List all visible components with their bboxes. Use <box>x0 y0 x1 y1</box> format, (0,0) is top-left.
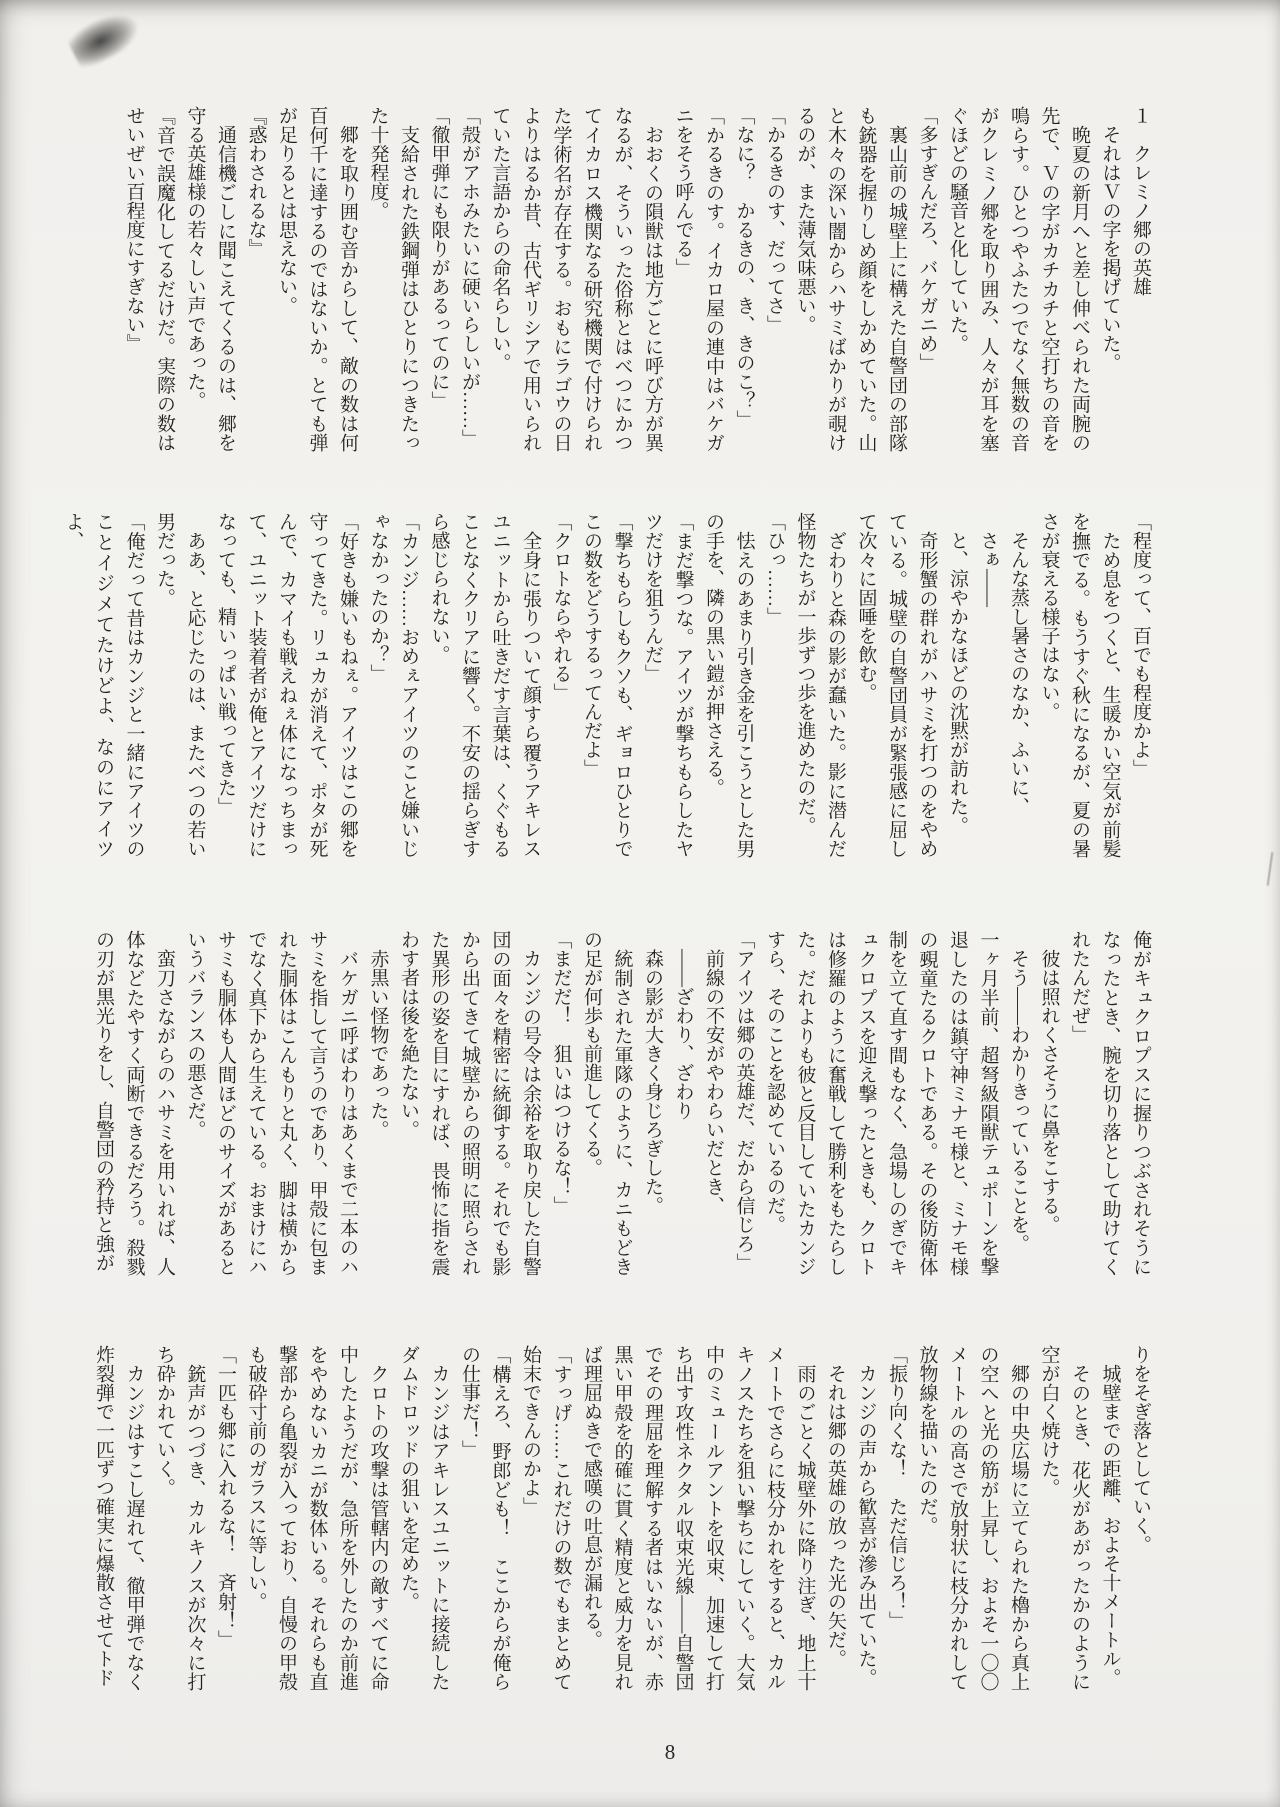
paragraph: ああ、と応じたのは、またべつの若い男だった。 <box>149 512 210 858</box>
paragraph: ――ざわり、ざわり <box>667 930 698 1276</box>
paragraph: 「振り向くな！ ただ信じろ！」 <box>881 1345 912 1691</box>
paragraph: そう――わかりきっていることを。 <box>1003 930 1034 1276</box>
paragraph: カンジはすこし遅れて、徹甲弾でなく炸裂弾で一匹ずつ確実に爆散させてトド <box>88 1345 149 1691</box>
text-band-3: 俺がキュクロプスに握りつぶされそうになったとき、腕を切り落として助けてくれたんだ… <box>87 930 1155 1276</box>
paragraph: 郷を取り囲む音からして、敵の数は何百何千に達するのではないか。とても弾が足りると… <box>271 106 363 452</box>
paragraph: 蛮刀さながらのハサミを用いれば、人体などたやすく両断できるだろう。殺戮の刃が黒光… <box>88 930 180 1276</box>
paragraph: 「かるきのす、だってさ」 <box>759 106 790 452</box>
paragraph: 「ひっ……」 <box>759 512 790 858</box>
paragraph: カンジの号令は余裕を取り戻した自警団の面々を精密に統御する。それでも影から出てき… <box>393 930 546 1276</box>
paragraph: ざわりと森の影が蠢いた。影に潜んだ怪物たちが一歩ずつ歩を進めたのだ。 <box>789 512 850 858</box>
paragraph: 「撃ちもらしもクソも、ギョロひとりでこの数をどうするってんだよ」 <box>576 512 637 858</box>
paragraph: そんな蒸し暑さのなか、ふいに、 <box>1003 512 1034 858</box>
paragraph: 前線の不安がやわらいだとき、 <box>698 930 729 1276</box>
scan-smudge <box>65 4 146 71</box>
paragraph: 一ヶ月半前、超弩級隕獣テュポーンを撃退したのは鎮守神ミナモ様と、ミナモ様の覡童た… <box>759 930 1003 1276</box>
paragraph: 「一匹も郷に入れるな！ 斉射！」 <box>210 1345 241 1691</box>
paragraph: 雨のごとく城壁外に降り注ぎ、地上十メートでさらに枝分かれをすると、カルキノスたち… <box>576 1345 820 1691</box>
scanned-page: １ クレミノ郷の英雄それはＶの字を掲げていた。晩夏の新月へと差し伸べられた両腕の… <box>0 0 1280 1807</box>
chapter-heading: １ クレミノ郷の英雄 <box>1125 106 1156 452</box>
paragraph: 「カンジ……おめぇアイツのこと嫌いじゃなかったのか？」 <box>362 512 423 858</box>
paragraph: 「アイツは郷の英雄だ、だから信じろ」 <box>728 930 759 1276</box>
paragraph: 「好きも嫌いもねぇ。アイツはこの郷を守ってきた。リュカが消えて、ポタが死んで、カ… <box>210 512 363 858</box>
text-band-4: りをそぎ落としていく。城壁までの距離、およそ十メートル。そのとき、花火があがった… <box>87 1345 1155 1691</box>
paragraph: 赤黒い怪物であった。 <box>362 930 393 1276</box>
paragraph: 奇形蟹の群れがハサミを打つのをやめている。城壁の自警団員が緊張感に屈して次々に固… <box>850 512 942 858</box>
paragraph: 「クロトならやれる」 <box>545 512 576 858</box>
paragraph: 「多すぎんだろ、バケガニめ」 <box>911 106 942 452</box>
paragraph: 『惑わされるな』 <box>240 106 271 452</box>
paragraph: おおくの隕獣は地方ごとに呼び方が異なるが、そういった俗称とはべつにかつてイカロス… <box>484 106 667 452</box>
paragraph: 「かるきのす。イカロ屋の連中はバケガニをそう呼んでる」 <box>667 106 728 452</box>
paragraph: 銃声がつづき、カルキノスが次々に打ち砕かれていく。 <box>149 1345 210 1691</box>
paragraph: カンジの声から歓喜が滲み出ていた。 <box>850 1345 881 1691</box>
paragraph: 「まだだ！ 狙いはつけるな！」 <box>545 930 576 1276</box>
paragraph: 「すっげ……これだけの数でもまとめて始末できんのかよ」 <box>515 1345 576 1691</box>
paragraph: カンジはアキレスユニットに接続したダムドロッドの狙いを定めた。 <box>393 1345 454 1691</box>
paragraph: 俺がキュクロプスに握りつぶされそうになったとき、腕を切り落として助けてくれたんだ… <box>1064 930 1156 1276</box>
paragraph: バケガニ呼ばわりはあくまで二本のハサミを指して言うのであり、甲殻に包まれた胴体は… <box>179 930 362 1276</box>
page-number: 8 <box>640 1740 700 1765</box>
paragraph: 郷の中央広場に立てられた櫓から真上の空へと光の筋が上昇し、およそ一〇〇メートルの… <box>911 1345 1033 1691</box>
paragraph: と、涼やかなほどの沈黙が訪れた。 <box>942 512 973 858</box>
paragraph: 森の影が大きく身じろぎした。 <box>637 930 668 1276</box>
paragraph: 怯えのあまり引き金を引こうとした男の手を、隣の黒い鎧が押さえる。 <box>698 512 759 858</box>
paragraph: 城壁までの距離、およそ十メートル。 <box>1094 1345 1125 1691</box>
paragraph: クロトの攻撃は管轄内の敵すべてに命中したようだが、急所を外したのか前進をやめない… <box>240 1345 393 1691</box>
paragraph: 通信機ごしに聞こえてくるのは、郷を守る英雄様の若々しい声であった。 <box>179 106 240 452</box>
paragraph: 裏山前の城壁上に構えた自警団の部隊も銃器を握りしめ顔をしかめていた。山と木々の深… <box>789 106 911 452</box>
paragraph: りをそぎ落としていく。 <box>1125 1345 1156 1691</box>
text-band-2: 「程度って、百でも程度かよ」ため息をつくと、生暖かい空気が前髪を撫でる。もうすぐ… <box>87 512 1155 858</box>
paragraph: 統制された軍隊のように、カニもどきの足が何歩も前進してくる。 <box>576 930 637 1276</box>
paragraph: 「俺だって昔はカンジと一緒にアイツのことイジメてたけどよ、なのにアイツよ、 <box>57 512 149 858</box>
text-band-1: １ クレミノ郷の英雄それはＶの字を掲げていた。晩夏の新月へと差し伸べられた両腕の… <box>87 106 1155 452</box>
paragraph: 「殻がアホみたいに硬いらしいが……」 <box>454 106 485 452</box>
paragraph: 「程度って、百でも程度かよ」 <box>1125 512 1156 858</box>
paragraph: それはＶの字を掲げていた。 <box>1094 106 1125 452</box>
paragraph: そのとき、花火があがったかのように空が白く焼けた。 <box>1033 1345 1094 1691</box>
paragraph: 『音で誤魔化してるだけだ。実際の数はせいぜい百程度にすぎない』 <box>118 106 179 452</box>
paragraph: 晩夏の新月へと差し伸べられた両腕の先で、Ｖの字がカチカチと空打ちの音を鳴らす。ひ… <box>942 106 1095 452</box>
paragraph: 「なに？ かるきの、き、きのこ？」 <box>728 106 759 452</box>
paragraph: 支給された鉄鋼弾はひとりにつきたった十発程度。 <box>362 106 423 452</box>
paragraph: さぁ―― <box>972 512 1003 858</box>
paragraph: 「構えろ、野郎ども！ ここからが俺らの仕事だ！」 <box>454 1345 515 1691</box>
paragraph: 全身に張りついて顔すら覆うアキレスユニットから吐きだす言葉は、くぐもることなくク… <box>423 512 545 858</box>
paragraph: 彼は照れくさそうに鼻をこする。 <box>1033 930 1064 1276</box>
paragraph: 「まだ撃つな。アイツが撃ちもらしたヤツだけを狙うんだ」 <box>637 512 698 858</box>
paragraph: ため息をつくと、生暖かい空気が前髪を撫でる。もうすぐ秋になるが、夏の暑さが衰える… <box>1033 512 1125 858</box>
paragraph: 「徹甲弾にも限りがあるってのに」 <box>423 106 454 452</box>
paragraph: それは郷の英雄の放った光の矢だ。 <box>820 1345 851 1691</box>
scan-edge-artifact <box>1267 852 1274 886</box>
